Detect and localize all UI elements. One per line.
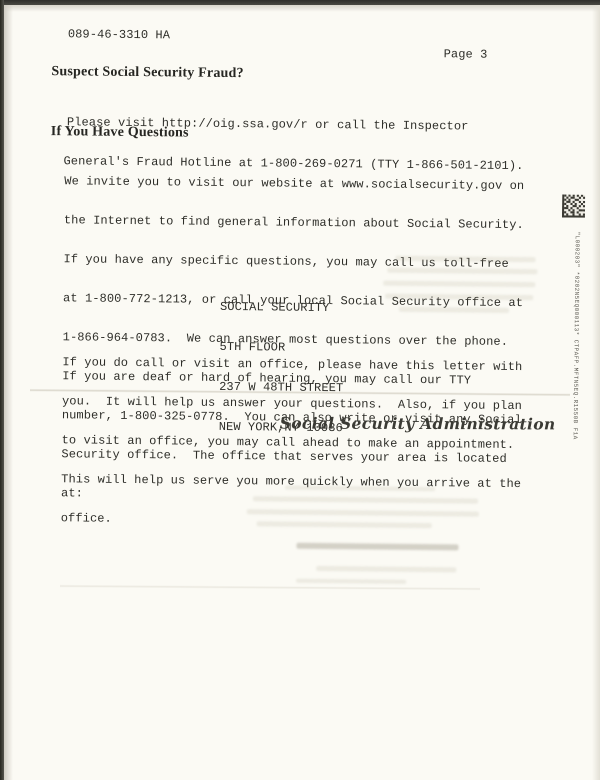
text-line: to visit an office, you may call ahead t… (62, 434, 522, 452)
text-line: We invite you to visit our website at ww… (64, 175, 524, 193)
fraud-section-heading: Suspect Social Security Fraud? (51, 64, 243, 82)
scanner-edge-top (0, 0, 600, 5)
scan-top-shadow (0, 5, 600, 12)
scan-right-shadow (592, 0, 600, 780)
scanned-letter-page: { "header": { "reference_number": "089-4… (0, 0, 600, 780)
paper-background: 089-46-3310 HA Page 3 Suspect Social Sec… (0, 0, 600, 780)
data-matrix-barcode (562, 194, 585, 217)
questions-section-heading: If You Have Questions (51, 124, 189, 141)
address-line: SOCIAL SECURITY (220, 301, 344, 315)
print-control-code: "L000203" *0202N5EQ000113* CTPAFP.MFTN5E… (572, 232, 581, 440)
reference-number: 089-46-3310 HA (68, 28, 170, 42)
scanner-edge-left (0, 0, 4, 780)
bleed-through-mark (296, 579, 406, 584)
signature-script: Social Security Administration (280, 413, 556, 433)
text-line: you. It will help us answer your questio… (62, 395, 522, 413)
scan-left-shadow (4, 0, 13, 780)
page-number: Page 3 (444, 48, 488, 61)
text-line: the Internet to find general information… (64, 214, 524, 232)
text-line: If you do call or visit an office, pleas… (62, 356, 522, 374)
bleed-through-mark (316, 566, 456, 572)
